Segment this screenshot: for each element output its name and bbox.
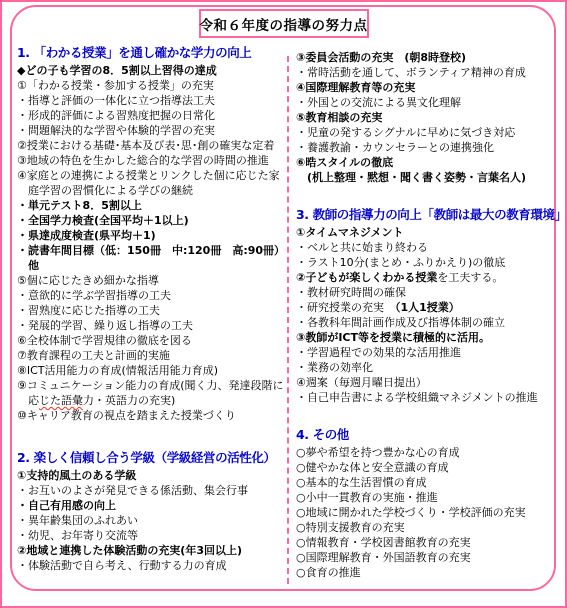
page-title: 令和６年度の指導の努力点 (200, 14, 368, 34)
text-segment: ○国際理解教育・外国語教育の充実 (296, 551, 471, 564)
text-line: ・体験活動で自ら考え、行動する力の育成 (17, 558, 286, 573)
text-line: ・お互いのよさが発見できる係活動、集会行事 (17, 483, 286, 498)
text-segment: ・ラスト10分(まとめ・ふりかえり)の徹底 (296, 256, 505, 269)
text-line: ④週案（毎週月曜日提出） (296, 375, 557, 390)
text-segment: ○基本的な生活習慣の育成 (296, 476, 427, 489)
text-line: ①支持的風土のある学級 (17, 468, 286, 483)
text-segment: ②授業における基礎･基本及び表･思･創の確実な定着 (17, 139, 274, 152)
text-segment: ⑧ICT活用能力の育成(情報活用能力育成) (17, 364, 218, 377)
left-column: 1. 「わかる授業」を通し確かな学力の向上◆どの子も学習の8．5割以上習得の達成… (17, 44, 286, 573)
text-segment: ・お互いのよさが発見できる係活動、集会行事 (17, 484, 248, 497)
text-line: ○情報教育・学校図書館教育の充実 (296, 535, 557, 550)
text-line: ・発展的学習、繰り返し指導の工夫 (17, 318, 286, 333)
text-segment: ・単元テスト8．5割以上 (17, 199, 142, 212)
section-heading: 3. 教師の指導力の向上「教師は最大の教育環境」 (296, 206, 557, 223)
text-line: ⑤教育相談の充実 (296, 110, 557, 125)
section: 2. 楽しく信頼し合う学級（学級経営の活性化）①支持的風土のある学級・お互いのよ… (17, 449, 286, 573)
text-segment: ③委員会活動の充実 (朝8時登校) (296, 51, 466, 64)
text-line: (机上整理・黙想・聞く書く姿勢・言葉名人) (296, 170, 557, 185)
section: 1. 「わかる授業」を通し確かな学力の向上◆どの子も学習の8．5割以上習得の達成… (17, 44, 286, 423)
text-segment: ・異年齢集団のふれあい (17, 514, 138, 527)
text-segment: ○小中一貫教育の実施・推進 (296, 491, 438, 504)
text-segment: ・自己申告書による学校組織マネジメントの推進 (296, 391, 538, 404)
section: 3. 教師の指導力の向上「教師は最大の教育環境」①タイムマネジメント・ベルと共に… (296, 206, 557, 405)
text-segment: ◆どの子も学習の8．5割以上習得の達成 (17, 64, 217, 77)
text-line: ・問題解決的な学習や体験的学習の充実 (17, 123, 286, 138)
text-segment: ・指導と評価の一体化に立つ指導法工夫 (17, 94, 215, 107)
text-segment: を工夫する。 (437, 271, 503, 284)
text-line: ・単元テスト8．5割以上 (17, 198, 286, 213)
text-segment: ○食育の推進 (296, 566, 361, 579)
text-segment: (机上整理・黙想・聞く書く姿勢・言葉名人) (307, 171, 526, 184)
text-segment: ・体験活動で自ら考え、行動する力の育成 (17, 559, 227, 572)
text-line: ・ラスト10分(まとめ・ふりかえり)の徹底 (296, 255, 557, 270)
text-line: ③委員会活動の充実 (朝8時登校) (296, 50, 557, 65)
text-segment: ①支持的風土のある学級 (17, 469, 136, 482)
text-line: ⑦教育課程の工夫と計画的実施 (17, 348, 286, 363)
text-segment: ・習熟度に応じた指導の工夫 (17, 304, 160, 317)
text-line: ①タイムマネジメント (296, 225, 557, 240)
text-segment: ・学習過程での効果的な活用推進 (296, 346, 461, 359)
section-heading: 4. その他 (296, 426, 557, 443)
text-segment: ・意欲的に学ぶ学習指導の工夫 (17, 289, 171, 302)
text-line: ⑥晧スタイルの徹底 (296, 155, 557, 170)
text-line: ・指導と評価の一体化に立つ指導法工夫 (17, 93, 286, 108)
text-line: ⑧ICT活用能力の育成(情報活用能力育成) (17, 363, 286, 378)
text-line: ○夢や希望を持つ豊かな心の育成 (296, 445, 557, 460)
text-line: ⑤個に応じたきめ細かな指導 (17, 273, 286, 288)
text-line: ・外国との交流による異文化理解 (296, 95, 557, 110)
text-line: ・業務の効率化 (296, 360, 557, 375)
text-line: ③地域の特色を生かした総合的な学習の時間の推進 (17, 153, 286, 168)
text-segment: ③教師がICT等を授業に積極的に活用。 (296, 331, 490, 344)
text-line: ○食育の推進 (296, 565, 557, 580)
text-segment: 力・英語力の充実) (83, 394, 175, 407)
text-line: ○地域に開かれた学校づくり・学校評価の充実 (296, 505, 557, 520)
text-segment: ・自己有用感の向上 (17, 499, 116, 512)
text-segment: ・研究授業の充実 (296, 301, 395, 314)
section: ③委員会活動の充実 (朝8時登校)・常時活動を通して、ボランティア精神の育成④国… (296, 50, 557, 185)
text-line: ・自己申告書による学校組織マネジメントの推進 (296, 390, 557, 405)
section-heading: 2. 楽しく信頼し合う学級（学級経営の活性化） (17, 449, 286, 466)
text-segment: ・業務の効率化 (296, 361, 373, 374)
text-segment: ○夢や希望を持つ豊かな心の育成 (296, 446, 460, 459)
text-segment: ⑥晧スタイルの徹底 (296, 156, 393, 169)
text-line: ◆どの子も学習の8．5割以上習得の達成 (17, 63, 286, 78)
text-segment: ○地域に開かれた学校づくり・学校評価の充実 (296, 506, 526, 519)
text-segment: ⑦教育課程の工夫と計画的実施 (17, 349, 170, 362)
text-segment: ・養護教諭・カウンセラーとの連携強化 (296, 141, 494, 154)
text-segment: ⑤教育相談の充実 (296, 111, 382, 124)
text-line: ・自己有用感の向上 (17, 498, 286, 513)
text-line: ・読書年間目標（低：150冊 中:120冊 高:90冊）他 (17, 243, 286, 273)
text-segment: ・外国との交流による異文化理解 (296, 96, 461, 109)
text-segment: じた語彙 (39, 394, 83, 407)
title-box: 令和６年度の指導の努力点 (199, 9, 369, 38)
text-segment: ⑩キャリア教育の視点を踏まえた授業づくり (17, 409, 236, 422)
text-line: ・研究授業の充実 （1人1授業） (296, 300, 557, 315)
text-line: ・形成的評価による習熟度把握の日常化 (17, 108, 286, 123)
text-line: ①「わかる授業・参加する授業」の充実 (17, 78, 286, 93)
text-line: ・教材研究時間の確保 (296, 285, 557, 300)
section-heading: 1. 「わかる授業」を通し確かな学力の向上 (17, 44, 286, 61)
text-segment: ・全国学力検査(全国平均＋1以上) (17, 214, 189, 227)
text-line: ・養護教諭・カウンセラーとの連携強化 (296, 140, 557, 155)
text-line: ・各教科年間計画作成及び指導体制の確立 (296, 315, 557, 330)
text-segment: ・読書年間目標（低：150冊 中:120冊 高:90冊）他 (17, 244, 285, 272)
text-line: ⑥全校体制で学習規律の徹底を図る (17, 333, 286, 348)
text-line: ・学習過程での効果的な活用推進 (296, 345, 557, 360)
text-segment: ○情報教育・学校図書館教育の充実 (296, 536, 471, 549)
text-line: ○健やかな体と安全意識の育成 (296, 460, 557, 475)
text-segment: ④家庭との連携による授業とリンクした個に応じた家庭学習の習慣化による学びの継続 (17, 169, 280, 197)
text-line: ⑩キャリア教育の視点を踏まえた授業づくり (17, 408, 286, 423)
text-segment: ・発展的学習、繰り返し指導の工夫 (17, 319, 193, 332)
text-segment: ・形成的評価による習熟度把握の日常化 (17, 109, 215, 122)
text-line: ○基本的な生活習慣の育成 (296, 475, 557, 490)
text-line: ②地域と連携した体験活動の充実(年3回以上) (17, 543, 286, 558)
text-segment: ①「わかる授業・参加する授業」の充実 (17, 79, 214, 92)
text-line: ④国際理解教育等の充実 (296, 80, 557, 95)
text-segment: ・問題解決的な学習や体験的学習の充実 (17, 124, 215, 137)
text-line: ○国際理解教育・外国語教育の充実 (296, 550, 557, 565)
text-line: ・幼児、お年寄り交流等 (17, 528, 286, 543)
text-line: ②授業における基礎･基本及び表･思･創の確実な定着 (17, 138, 286, 153)
text-segment: ・各教科年間計画作成及び指導体制の確立 (296, 316, 505, 329)
text-segment: ・県達成度検査(県平均＋1) (17, 229, 156, 242)
text-line: ・習熟度に応じた指導の工夫 (17, 303, 286, 318)
text-segment: ○健やかな体と安全意識の育成 (296, 461, 449, 474)
text-segment: ・幼児、お年寄り交流等 (17, 529, 138, 542)
text-segment: ⑤個に応じたきめ細かな指導 (17, 274, 159, 287)
text-line: ○小中一貫教育の実施・推進 (296, 490, 557, 505)
text-segment: ・ベルと共に始まり終わる (296, 241, 428, 254)
column-divider (287, 56, 289, 584)
text-line: ・常時活動を通して、ボランティア精神の育成 (296, 65, 557, 80)
text-segment: ・児童の発するシグナルに早めに気づき対応 (296, 126, 515, 139)
text-segment: ⑥全校体制で学習規律の徹底を図る (17, 334, 192, 347)
text-line: ・異年齢集団のふれあい (17, 513, 286, 528)
text-line: ・意欲的に学ぶ学習指導の工夫 (17, 288, 286, 303)
text-line: ・児童の発するシグナルに早めに気づき対応 (296, 125, 557, 140)
text-segment: ○特別支援教育の充実 (296, 521, 405, 534)
right-column: ③委員会活動の充実 (朝8時登校)・常時活動を通して、ボランティア精神の育成④国… (296, 50, 557, 580)
text-line: ②子どもが楽しくわかる授業を工夫する。 (296, 270, 557, 285)
text-line: ・ベルと共に始まり終わる (296, 240, 557, 255)
text-segment: ・教材研究時間の確保 (296, 286, 406, 299)
text-segment: ④週案（毎週月曜日提出） (296, 376, 427, 389)
text-segment: ③地域の特色を生かした総合的な学習の時間の推進 (17, 154, 269, 167)
text-line: ・県達成度検査(県平均＋1) (17, 228, 286, 243)
text-line: ○特別支援教育の充実 (296, 520, 557, 535)
text-segment: ④国際理解教育等の充実 (296, 81, 415, 94)
text-line: ③教師がICT等を授業に積極的に活用。 (296, 330, 557, 345)
text-segment: ②子どもが楽しくわかる授業 (296, 271, 437, 284)
text-segment: （1人1授業） (395, 301, 460, 314)
text-segment: ・常時活動を通して、ボランティア精神の育成 (296, 66, 526, 79)
text-segment: ②地域と連携した体験活動の充実(年3回以上) (17, 544, 242, 557)
text-segment: ①タイムマネジメント (296, 226, 404, 239)
text-line: ⑨コミュニケーション能力の育成(聞く力、発達段階に応じた語彙力・英語力の充実) (17, 378, 286, 408)
text-line: ④家庭との連携による授業とリンクした個に応じた家庭学習の習慣化による学びの継続 (17, 168, 286, 198)
section: 4. その他○夢や希望を持つ豊かな心の育成○健やかな体と安全意識の育成○基本的な… (296, 426, 557, 580)
text-line: ・全国学力検査(全国平均＋1以上) (17, 213, 286, 228)
